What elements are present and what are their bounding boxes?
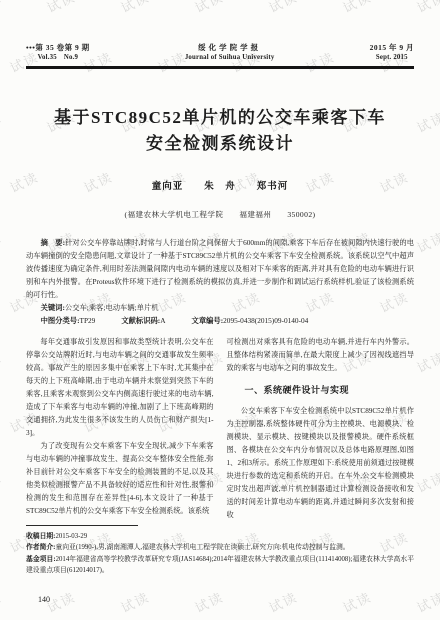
- left-paragraph-1: 每年交通事故引发原因和事故类型统计表明,公交车在停靠公交站牌附近时,与电动车辆之…: [26, 336, 214, 440]
- affiliation: (福建农林大学机电工程学院 福建福州 350002): [26, 209, 414, 220]
- article-id-label: 文章编号:: [192, 316, 224, 325]
- abstract-block: 摘 要:针对公交车停靠站牌时,时常与人行道台阶之间保留大于600mm的间隙,乘客…: [26, 236, 414, 327]
- bio-text: 童向亚(1990-),男,湖南湘潭人,福建农林大学机电工程学院在读硕士,研究方向…: [55, 544, 349, 551]
- received-date-line: 收稿日期:2015-03-29: [26, 531, 414, 543]
- author-bio-line: 作者简介:童向亚(1990-),男,湖南湘潭人,福建农林大学机电工程学院在读硕士…: [26, 542, 414, 554]
- header-rule: [26, 66, 414, 69]
- header-journal-name: 绥化学院学报 Journal of Suihua University: [185, 42, 275, 63]
- abstract-label: 摘 要:: [41, 238, 65, 247]
- paper-page: 试读试读试读试读试读试读试读试读试读试读试读试读试读试读试读试读试读试读试读试读…: [0, 0, 440, 620]
- footnote-block: 收稿日期:2015-03-29 作者简介:童向亚(1990-),男,湖南湘潭人,…: [26, 531, 414, 577]
- journal-header: •••第 35 卷第 9 期 Vol.35 No.9 绥化学院学报 Journa…: [26, 0, 414, 63]
- article-id-value: 2095-0438(2015)09-0140-04: [223, 316, 308, 325]
- doc-code-label: 文献标识码:: [121, 316, 160, 325]
- fund-label: 基金项目:: [26, 556, 56, 563]
- doc-code-value: A: [160, 316, 165, 325]
- header-date: 2015 年 9 月 Sept. 2015: [370, 42, 414, 63]
- fund-text: 2014年福建省高等学校教学改革研究专项(JAS14684);2014年福建农林…: [26, 556, 414, 575]
- fund-line: 基金项目:2014年福建省高等学校教学改革研究专项(JAS14684);2014…: [26, 554, 414, 577]
- bio-label: 作者简介:: [26, 544, 55, 551]
- date-cn: 2015 年 9 月: [370, 42, 414, 53]
- right-paragraph-2: 公交车乘客下车安全检测系统中以STC89C52单片机作为主控制器,系统整体硬件可…: [227, 405, 415, 522]
- authors: 童向亚 朱 舟 郑书河: [26, 178, 414, 192]
- abstract-text: 针对公交车停靠站牌时,时常与人行道台阶之间保留大于600mm的间隙,乘客下车后存…: [26, 238, 414, 299]
- clc-label: 中图分类号:: [41, 316, 80, 325]
- header-issue: •••第 35 卷第 9 期 Vol.35 No.9: [26, 42, 90, 63]
- received-value: 2015-03-29: [55, 533, 87, 540]
- issue-en: Vol.35 No.9: [26, 53, 90, 63]
- journal-name-en: Journal of Suihua University: [185, 53, 275, 63]
- right-column: 可检测出对乘客具有危险的电动车辆,并进行车内外警示。且整体结构紧凑而简单,在最大…: [227, 336, 415, 526]
- footnote-separator: [26, 525, 138, 526]
- left-column: 每年交通事故引发原因和事故类型统计表明,公交车在停靠公交站牌附近时,与电动车辆之…: [26, 336, 214, 526]
- issue-cn: •••第 35 卷第 9 期: [26, 42, 90, 53]
- journal-name-cn: 绥化学院学报: [185, 42, 275, 53]
- right-paragraph-1: 可检测出对乘客具有危险的电动车辆,并进行车内外警示。且整体结构紧凑而简单,在最大…: [227, 336, 415, 375]
- left-paragraph-2: 为了改变现有公交车乘客下车安全现状,减少下车乘客与电动车辆的冲撞事故发生、提高公…: [26, 440, 214, 518]
- clc-line: 中图分类号:TP29文献标识码:A文章编号:2095-0438(2015)09-…: [26, 314, 414, 327]
- keywords-text: 公交车;乘客;电动车辆;单片机: [65, 303, 159, 312]
- title-line-2: 安全检测系统设计: [26, 131, 414, 157]
- page-content: •••第 35 卷第 9 期 Vol.35 No.9 绥化学院学报 Journa…: [0, 0, 440, 577]
- keywords-line: 关键词:公交车;乘客;电动车辆;单片机: [26, 301, 414, 314]
- page-number: 140: [38, 595, 50, 604]
- doc-code-segment: 文献标识码:A: [121, 316, 165, 325]
- abstract-paragraph: 摘 要:针对公交车停靠站牌时,时常与人行道台阶之间保留大于600mm的间隙,乘客…: [26, 236, 414, 301]
- clc-value: TP29: [80, 316, 96, 325]
- received-label: 收稿日期:: [26, 533, 55, 540]
- date-en: Sept. 2015: [370, 53, 414, 63]
- article-id-segment: 文章编号:2095-0438(2015)09-0140-04: [192, 316, 309, 325]
- article-title: 基于STC89C52单片机的公交车乘客下车 安全检测系统设计: [26, 105, 414, 158]
- keywords-label: 关键词:: [41, 303, 65, 312]
- title-line-1: 基于STC89C52单片机的公交车乘客下车: [26, 105, 414, 131]
- body-columns: 每年交通事故引发原因和事故类型统计表明,公交车在停靠公交站牌附近时,与电动车辆之…: [26, 336, 414, 526]
- section-1-heading: 一、系统硬件设计与实现: [227, 384, 415, 397]
- clc-segment: 中图分类号:TP29: [41, 316, 96, 325]
